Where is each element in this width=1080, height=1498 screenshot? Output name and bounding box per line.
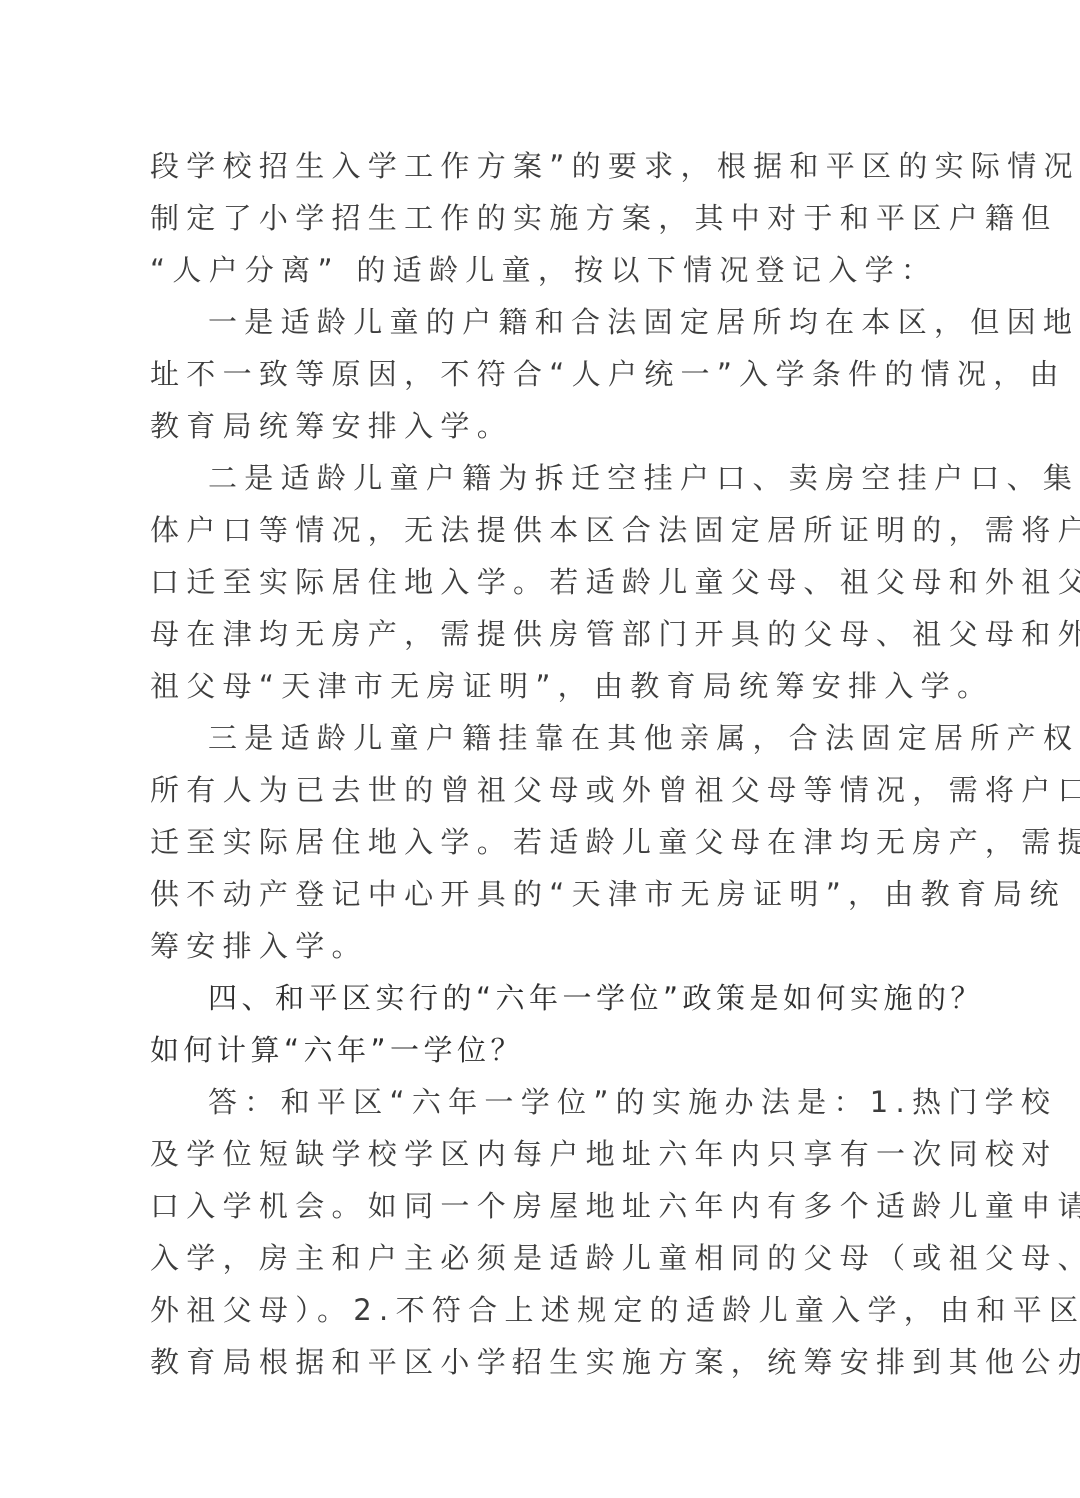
- section-heading-four: 四、和平区实行的“六年一学位”政策是如何实施的？ 如何计算“六年”一学位？: [150, 972, 890, 1076]
- body-line: 教育局统筹安排入学。: [150, 400, 890, 452]
- document-page: 段学校招生入学工作方案”的要求，根据和平区的实际情况 制定了小学招生工作的实施方…: [150, 140, 890, 1388]
- heading-line: 如何计算“六年”一学位？: [150, 1024, 890, 1076]
- body-line: 入学，房主和户主必须是适龄儿童相同的父母（或祖父母、: [150, 1232, 890, 1284]
- paragraph-case-one: 一是适龄儿童的户籍和合法固定居所均在本区，但因地 址不一致等原因，不符合“人户统…: [150, 296, 890, 452]
- body-line: 体户口等情况，无法提供本区合法固定居所证明的，需将户: [150, 504, 890, 556]
- body-line: 答：和平区“六年一学位”的实施办法是：1.热门学校: [150, 1076, 890, 1128]
- body-line: 三是适龄儿童户籍挂靠在其他亲属，合法固定居所产权: [150, 712, 890, 764]
- body-line: 供不动产登记中心开具的“天津市无房证明”，由教育局统: [150, 868, 890, 920]
- body-line: 口迁至实际居住地入学。若适龄儿童父母、祖父母和外祖父: [150, 556, 890, 608]
- body-line: 及学位短缺学校学区内每户地址六年内只享有一次同校对: [150, 1128, 890, 1180]
- body-line: 口入学机会。如同一个房屋地址六年内有多个适龄儿童申请: [150, 1180, 890, 1232]
- answer-four: 答：和平区“六年一学位”的实施办法是：1.热门学校 及学位短缺学校学区内每户地址…: [150, 1076, 890, 1388]
- body-line: 筹安排入学。: [150, 920, 890, 972]
- page-number: 2: [512, 1355, 520, 1373]
- body-line: 一是适龄儿童的户籍和合法固定居所均在本区，但因地: [150, 296, 890, 348]
- body-line: 二是适龄儿童户籍为拆迁空挂户口、卖房空挂户口、集: [150, 452, 890, 504]
- body-line: 段学校招生入学工作方案”的要求，根据和平区的实际情况: [150, 140, 890, 192]
- body-line: 址不一致等原因，不符合“人户统一”入学条件的情况，由: [150, 348, 890, 400]
- body-line: 教育局根据和平区小学招生实施方案，统筹安排到其他公办: [150, 1336, 890, 1388]
- paragraph-case-three: 三是适龄儿童户籍挂靠在其他亲属，合法固定居所产权 所有人为已去世的曾祖父母或外曾…: [150, 712, 890, 972]
- body-line: 制定了小学招生工作的实施方案，其中对于和平区户籍但: [150, 192, 890, 244]
- body-line: 母在津均无房产，需提供房管部门开具的父母、祖父母和外: [150, 608, 890, 660]
- body-line: 迁至实际居住地入学。若适龄儿童父母在津均无房产，需提: [150, 816, 890, 868]
- body-line: 祖父母“天津市无房证明”，由教育局统筹安排入学。: [150, 660, 890, 712]
- paragraph-case-two: 二是适龄儿童户籍为拆迁空挂户口、卖房空挂户口、集 体户口等情况，无法提供本区合法…: [150, 452, 890, 712]
- heading-line: 四、和平区实行的“六年一学位”政策是如何实施的？: [150, 972, 890, 1024]
- body-line: 所有人为已去世的曾祖父母或外曾祖父母等情况，需将户口: [150, 764, 890, 816]
- body-line: 外祖父母）。2.不符合上述规定的适龄儿童入学，由和平区: [150, 1284, 890, 1336]
- body-line: “人户分离” 的适龄儿童，按以下情况登记入学：: [150, 244, 890, 296]
